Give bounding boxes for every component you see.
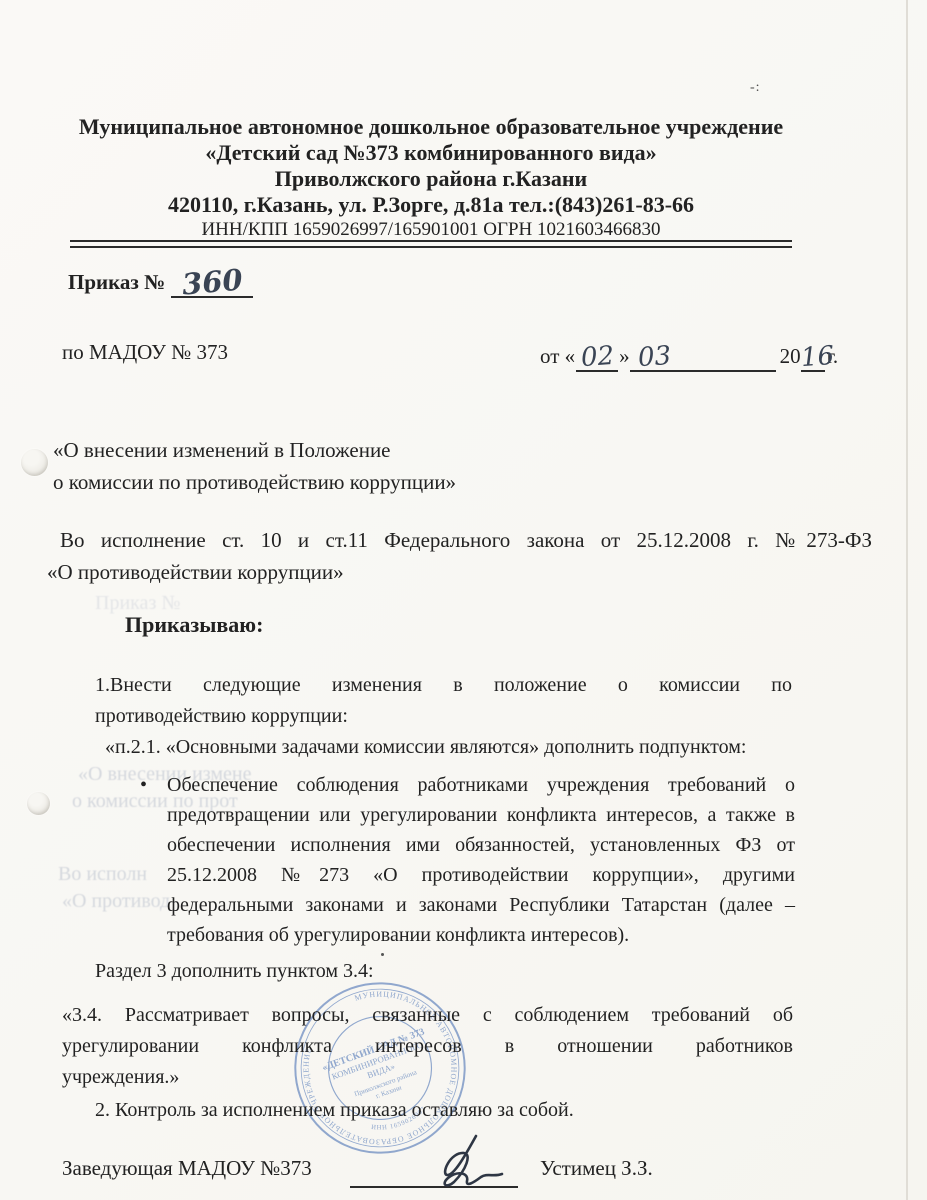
handwritten-year: 16 [800, 341, 835, 373]
ghost-text: Во исполн [58, 863, 147, 886]
bullet-text-line: требования об урегулировании конфликта и… [167, 924, 795, 947]
hole-punch-top [21, 449, 48, 476]
p34-line: урегулировании конфликта интересов в отн… [62, 1035, 793, 1058]
directive-heading: Приказываю: [125, 612, 263, 638]
org-letterhead: Муниципальное автономное дошкольное обра… [70, 114, 792, 242]
bullet-text-line: обеспечении исполнения ими обязанностей,… [167, 834, 795, 857]
letterhead-divider [70, 240, 792, 248]
order-number-line: Приказ №360 [68, 262, 253, 298]
date-line: от «02»032016г. [540, 340, 838, 372]
date-year-underline: 16 [801, 340, 825, 372]
hole-punch-bottom [27, 792, 50, 815]
ghost-text: «О противод [62, 890, 170, 913]
p34-line: учреждения.» [62, 1066, 793, 1089]
order-label: Приказ № [68, 270, 165, 294]
signature-name: Устимец З.З. [540, 1156, 653, 1181]
handwritten-order-number: 360 [181, 262, 244, 301]
scan-edge-shadow [906, 0, 908, 1200]
bullet-text-line: Обеспечение соблюдения работниками учреж… [167, 774, 795, 797]
addressee-line: по МАДОУ № 373 [62, 340, 228, 365]
signature-scribble-icon [398, 1132, 528, 1192]
bullet-text-line: 25.12.2008 №273 «О противодействии корру… [167, 864, 795, 887]
date-day-underline: 02 [576, 340, 618, 372]
handwritten-day: 02 [580, 341, 615, 373]
signature-title: Заведующая МАДОУ №373 [62, 1156, 312, 1181]
date-year-printed: 20 [780, 344, 801, 368]
p34-line: «3.4. Рассматривает вопросы, связанные с… [62, 1004, 793, 1027]
org-name-line: «Детский сад №373 комбинированного вида» [70, 140, 792, 166]
order-item-line: «п.2.1. «Основными задачами комиссии явл… [105, 736, 746, 759]
org-address-line: 420110, г.Казань, ул. Р.Зорге, д.81а тел… [70, 192, 792, 218]
handwritten-month: 03 [637, 341, 672, 373]
order-subject: «О внесении изменений в Положение о коми… [53, 434, 456, 498]
control-line: 2. Контроль за исполнением приказа остав… [95, 1099, 574, 1122]
legal-basis-line: Во исполнение ст. 10 и ст.11 Федеральног… [60, 528, 872, 553]
org-district-line: Приволжского района г.Казани [70, 166, 792, 192]
org-inn-line: ИНН/КПП 1659026997/165901001 ОГРН 102160… [70, 218, 792, 242]
bullet-text-line: федеральными законами и законами Республ… [167, 894, 795, 917]
scanned-document-page: Приказ № «О внесении измене о комиссии п… [0, 0, 927, 1200]
order-item-line: 1.Внести следующие изменения в положение… [95, 674, 792, 697]
section3-line: Раздел 3 дополнить пунктом 3.4: [95, 960, 374, 983]
subject-line: о комиссии по противодействию коррупции» [53, 466, 456, 498]
ink-speck [381, 953, 384, 956]
date-month-underline: 03 [630, 340, 776, 372]
subject-line: «О внесении изменений в Положение [53, 434, 456, 466]
order-item-line: противодействию коррупции: [95, 705, 348, 728]
order-number-underline: 360 [171, 262, 253, 298]
stray-pen-mark: -: [750, 80, 761, 96]
bullet-marker-icon: • [140, 774, 147, 797]
org-name-line: Муниципальное автономное дошкольное обра… [70, 114, 792, 140]
date-close-quote: » [619, 344, 630, 368]
legal-basis-line: «О противодействии коррупции» [47, 560, 344, 585]
date-prefix: от « [540, 344, 575, 368]
bullet-text-line: предотвращении или урегулировании конфли… [167, 804, 795, 827]
